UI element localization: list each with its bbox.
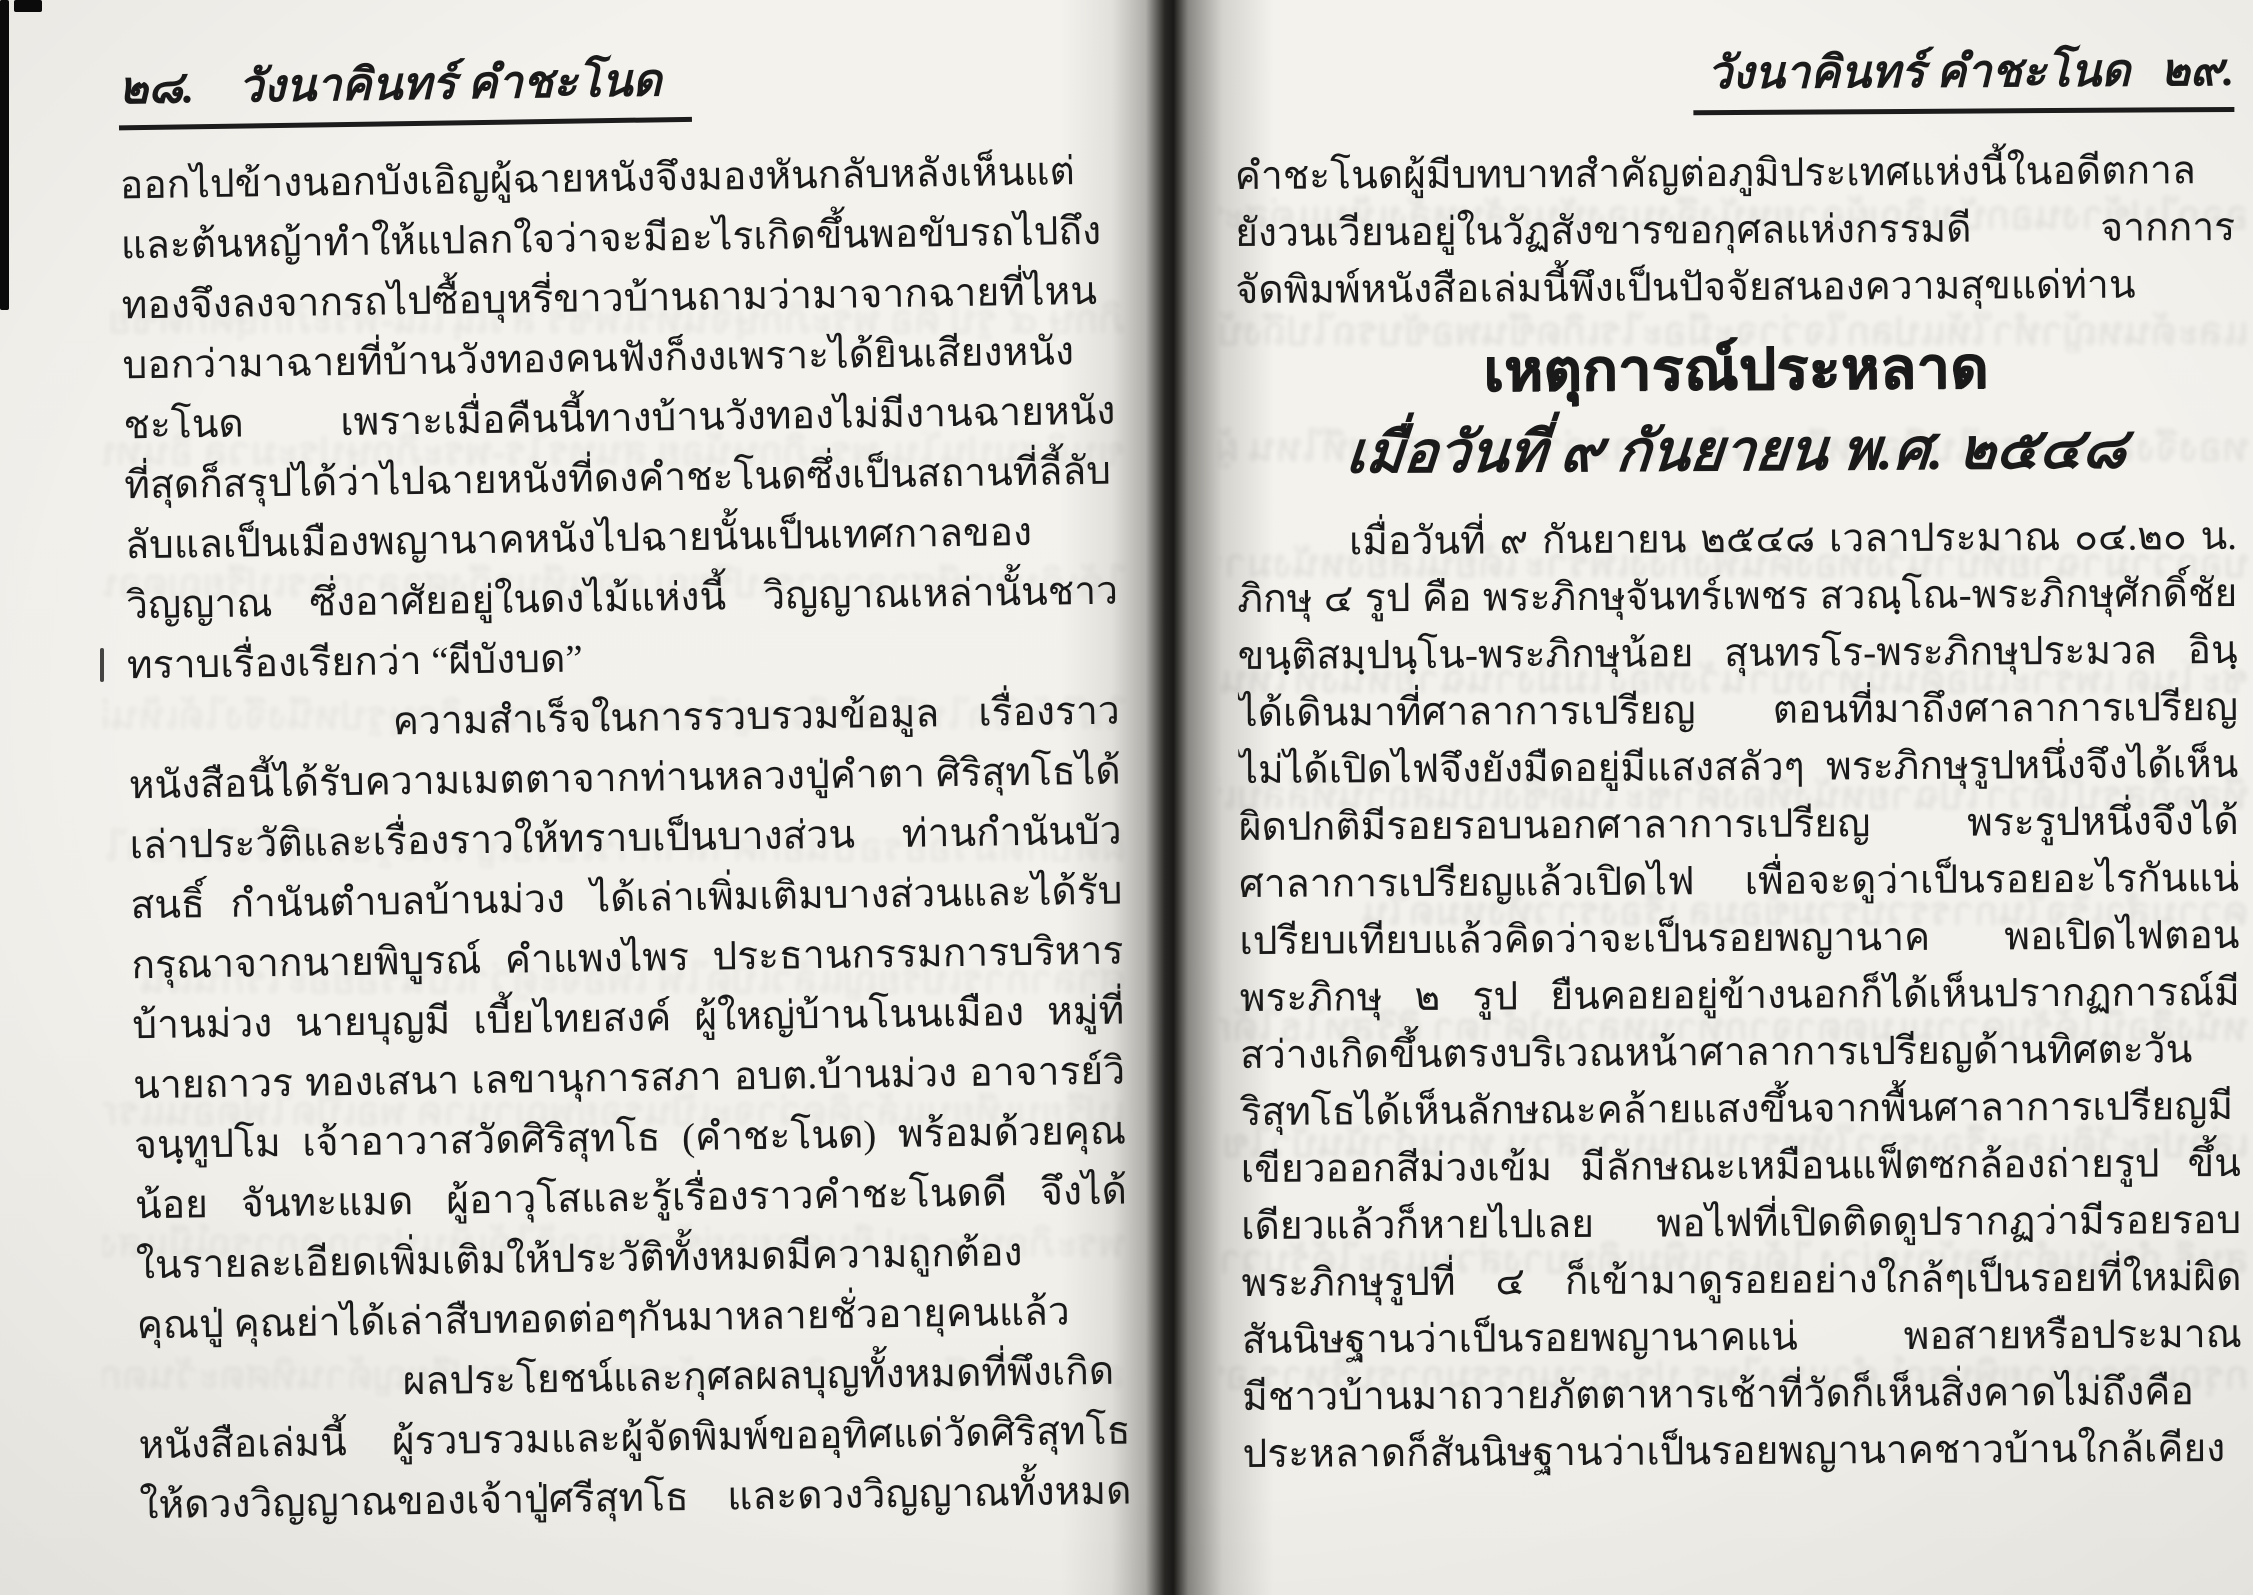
scanner-edge-strip — [2253, 0, 2268, 1595]
scan-edge-mark — [0, 0, 6, 72]
text-line: เดียวแล้วก็หายไปเลย พอไฟที่เปิดติดดูปราก… — [1241, 1192, 2241, 1255]
right-page-text-body: เมื่อวันที่ ๙ กันยายน ๒๕๔๘ เวลาประมาณ ๐๔… — [1237, 508, 2243, 1483]
right-page-text: คำชะโนดผู้มีบทบาทสำคัญต่อภูมิประเทศแห่งน… — [1235, 142, 2236, 319]
section-heading: เหตุการณ์ประหลาด — [1236, 331, 2236, 410]
text-line: เขียวออกสีม่วงเข้ม มีลักษณะเหมือนแฟ็ตซกล… — [1241, 1135, 2241, 1198]
chapter-title: วังนาคินทร์ คำชะโนด — [1707, 46, 2131, 99]
page-left: ภิกษุ ๔ รูป คือ พระภิกษุจันทร์เพชร สวณฺโ… — [118, 0, 1110, 1595]
text-line: มีชาวบ้านมาถวายภัตตาหารเช้าที่วัดก็เห็นส… — [1242, 1363, 2242, 1426]
page-number: ๒๙. — [2160, 45, 2234, 95]
page-header-right: วังนาคินทร์ คำชะโนด๒๙. — [1693, 45, 2235, 115]
scan-edge-mark — [14, 0, 42, 12]
left-page-text: ออกไปข้างนอกบังเอิญผู้ฉายหนังจึงมองหันกล… — [119, 141, 1131, 1536]
text-line: พระภิกษุรูปที่ ๔ ก็เข้ามาดูรอยอย่างใกล้ๆ… — [1241, 1249, 2241, 1312]
text-line: เมื่อวันที่ ๙ กันยายน ๒๕๔๘ เวลาประมาณ ๐๔… — [1237, 508, 2237, 571]
text-line: ไม่ได้เปิดไฟจึงยังมืดอยู่มีแสงสลัวๆ พระภ… — [1238, 736, 2238, 799]
text-line: ประหลาดก็สันนิษฐานว่าเป็นรอยพญานาคชาวบ้า… — [1242, 1420, 2242, 1483]
text-line: สันนิษฐานว่าเป็นรอยพญานาคแน่ พอสายหรือปร… — [1242, 1306, 2242, 1369]
text-line: คำชะโนดผู้มีบทบาทสำคัญต่อภูมิประเทศแห่งน… — [1235, 142, 2235, 205]
scan-speck — [100, 648, 104, 682]
text-line: ผิดปกติมีรอยรอบนอกศาลาการเปรียญ พระรูปหน… — [1239, 793, 2239, 856]
text-line: เปรียบเทียบแล้วคิดว่าจะเป็นรอยพญานาค พอเ… — [1239, 907, 2239, 970]
chapter-title: วังนาคินทร์ คำชะโนด — [238, 55, 662, 111]
text-line: จัดพิมพ์หนังสือเล่มนี้พึงเป็นปัจจัยสนองค… — [1235, 256, 2235, 319]
text-line: ศาลาการเปรียญแล้วเปิดไฟ เพื่อจะดูว่าเป็น… — [1239, 850, 2239, 913]
page-number: ๒๘. — [118, 62, 194, 113]
text-line: ได้เดินมาที่ศาลาการเปรียญ ตอนที่มาถึงศาล… — [1238, 679, 2238, 742]
text-line: ภิกษุ ๔ รูป คือ พระภิกษุจันทร์เพชร สวณฺโ… — [1237, 565, 2237, 628]
text-line: ขนฺติสมฺปนฺโน-พระภิกษุน้อย สุนทรโร-พระภิ… — [1238, 622, 2238, 685]
book-scan: ภิกษุ ๔ รูป คือ พระภิกษุจันทร์เพชร สวณฺโ… — [0, 0, 2268, 1595]
text-line: ริสุทโธได้เห็นลักษณะคล้ายแสงขึ้นจากพื้นศ… — [1240, 1078, 2240, 1141]
text-line: ยังวนเวียนอยู่ในวัฏสังขารขอกุศลแห่งกรรมด… — [1235, 199, 2235, 262]
text-line: สว่างเกิดขึ้นตรงบริเวณหน้าศาลาการเปรียญด… — [1240, 1021, 2240, 1084]
handwritten-date-line: เมื่อวันที่ ๙ กันยายน พ.ศ. ๒๕๔๘ — [1233, 411, 2239, 494]
text-line: พระภิกษุ ๒ รูป ยืนคอยอยู่ข้างนอกก็ได้เห็… — [1240, 964, 2240, 1027]
page-header-left: ๒๘.วังนาคินทร์ คำชะโนด — [118, 55, 692, 130]
page-right: ออกไปข้างนอกบังเอิญผู้ฉายหนังจึงมองหันกล… — [1234, 0, 2234, 1595]
